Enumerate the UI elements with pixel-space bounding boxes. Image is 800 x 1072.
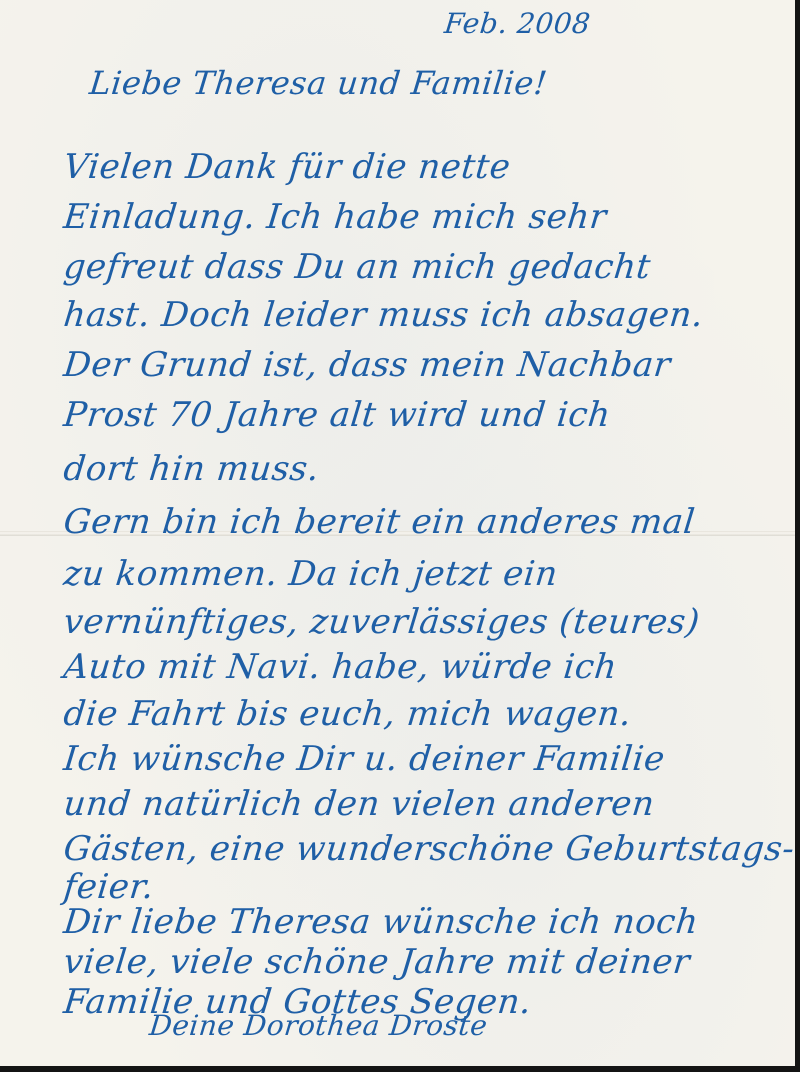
body-line: Auto mit Navi. habe, würde ich [62,650,619,684]
body-line: Ich wünsche Dir u. deiner Familie [62,742,667,776]
body-line: Vielen Dank für die nette [62,150,512,184]
body-line: vernünftiges, zuverlässiges (teures) [62,605,701,639]
body-line: gefreut dass Du an mich gedacht [62,250,652,284]
body-line: Der Grund ist, dass mein Nachbar [62,348,672,382]
letter-date: Feb. 2008 [443,10,592,38]
body-line: viele, viele schöne Jahre mit deiner [62,945,692,979]
body-line: Dir liebe Theresa wünsche ich noch [62,905,700,939]
letter-card: Feb. 2008 Liebe Theresa und Familie! Vie… [0,0,795,1066]
body-line: die Fahrt bis euch, mich wagen. [62,697,633,731]
body-line: zu kommen. Da ich jetzt ein [62,557,559,591]
body-line: feier. [62,870,156,904]
body-line: Gern bin ich bereit ein anderes mal [62,505,697,539]
body-line: Gästen, eine wunderschöne Geburtstags- [62,832,796,866]
body-line: Prost 70 Jahre alt wird und ich [62,398,612,432]
letter-signature: Deine Dorothea Droste [148,1012,489,1040]
body-line: hast. Doch leider muss ich absagen. [62,298,705,332]
letter-salutation: Liebe Theresa und Familie! [88,67,549,99]
body-line: und natürlich den vielen anderen [62,787,656,821]
body-line: Einladung. Ich habe mich sehr [62,200,608,234]
body-line: dort hin muss. [62,452,321,486]
scanned-letter-page: Feb. 2008 Liebe Theresa und Familie! Vie… [0,0,800,1072]
